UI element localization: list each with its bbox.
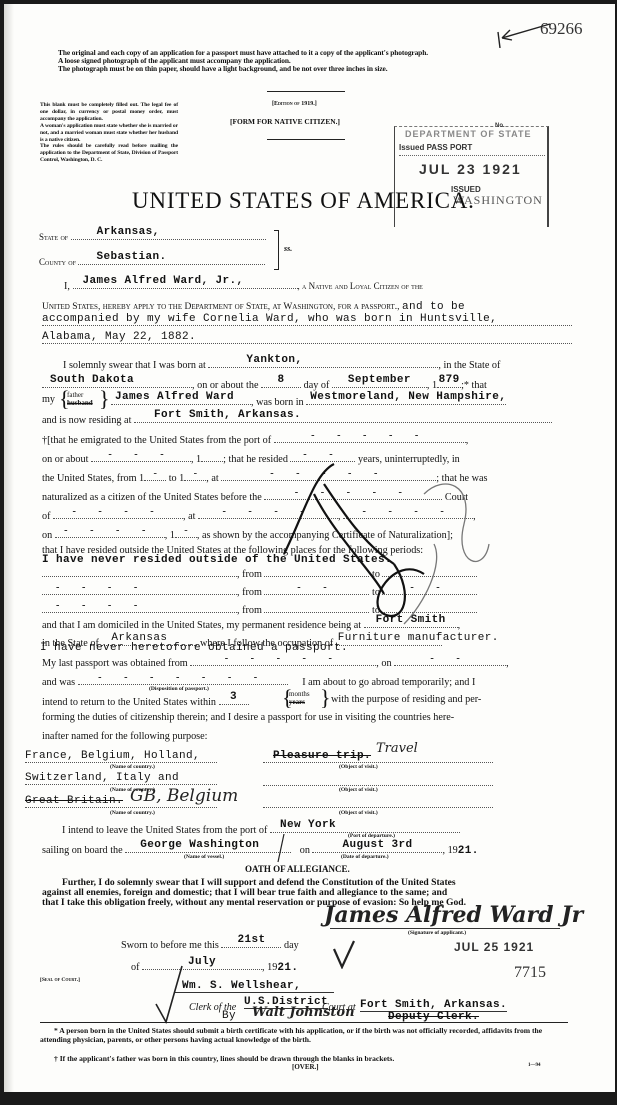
clerk-name-field[interactable]: Wm. S. Wellshear, (174, 980, 334, 993)
birth-day-field[interactable]: 8 (261, 374, 301, 386)
handwritten-annotation-belgium: GB, Belgium (130, 786, 238, 806)
applicant-signature: James Alfred Ward Jr (324, 902, 583, 928)
edition-label: [Edition of 1919.] (272, 101, 317, 107)
footnote-father-born: † If the applicant's father was born in … (54, 1054, 394, 1063)
birthplace-field[interactable]: Yankton, (208, 354, 438, 366)
oath-title: OATH OF ALLEGIANCE. (245, 864, 350, 874)
deputy-signature: Walt Johnston (252, 1005, 355, 1020)
side-note-2: A woman's application must state whether… (40, 123, 178, 144)
country-field-2[interactable]: Switzerland, Italy and (25, 772, 217, 785)
county-field[interactable]: Sebastian. (78, 251, 265, 263)
vessel-field[interactable]: George Washington (125, 839, 291, 851)
side-note-3: The rules should be carefully read befor… (40, 143, 178, 164)
visit-object-field-2[interactable] (263, 785, 493, 786)
document-title: UNITED STATES OF AMERICA. (132, 188, 475, 214)
departure-date-field[interactable]: August 3rd (312, 839, 442, 851)
issued-date: JUL 23 1921 (419, 161, 522, 177)
applicant-name-field[interactable]: James Alfred Ward, Jr., (73, 275, 298, 287)
departure-port-field[interactable]: New York (270, 819, 460, 831)
passport-application-page: 69266 The original and each copy of an a… (4, 4, 615, 1092)
venue-state: State of Arkansas, (39, 229, 266, 243)
checkmark-icon (332, 939, 362, 969)
birth-year-field[interactable]: 879 (437, 374, 461, 386)
footnote-birth-certificate: * A person born in the United States sho… (40, 1026, 570, 1044)
checkmark-icon (154, 964, 184, 1024)
birth-month-field[interactable]: September (332, 374, 427, 386)
handwritten-annotation-travel: Travel (376, 741, 418, 756)
side-note-1: This blank must be completely filled out… (40, 102, 178, 123)
visit-object-field-3[interactable] (263, 807, 493, 808)
return-duration-field[interactable]: 3 (219, 691, 249, 703)
state-field[interactable]: Arkansas, (71, 226, 266, 238)
sworn-year-field[interactable]: 21. (277, 962, 298, 974)
accompany-field-2[interactable]: Alabama, May 22, 1882. (42, 331, 572, 344)
handwritten-signature-overlay (244, 454, 494, 634)
accompany-field-1[interactable]: accompanied by my wife Cornelia Ward, wh… (42, 313, 572, 326)
received-date-stamp: JUL 25 1921 (454, 940, 534, 954)
father-residence-field[interactable]: Fort Smith, Arkansas. (134, 409, 552, 421)
sworn-day-field[interactable]: 21st (221, 934, 281, 946)
photo-instruction-3: The photograph must be on thin paper, sh… (58, 65, 387, 73)
birth-state-field[interactable]: South Dakota (42, 374, 192, 386)
father-name-field[interactable]: James Alfred Ward (111, 391, 251, 403)
seal-of-court-label: [Seal of Court.] (40, 977, 80, 983)
father-birthplace-field[interactable]: Westmoreland, New Hampshire, (306, 391, 506, 403)
arrow-annotation-icon (482, 18, 552, 48)
over-label: [OVER.] (292, 1063, 319, 1071)
departure-year-field[interactable]: 21. (458, 845, 479, 857)
country-field-1[interactable]: France, Belgium, Holland, (25, 750, 217, 763)
stamp-number: 7715 (514, 964, 546, 982)
side-notes: This blank must be completely filled out… (40, 102, 178, 164)
form-type-label: [FORM FOR NATIVE CITIZEN.] (230, 117, 340, 126)
venue-county: County of Sebastian. (39, 254, 265, 268)
form-code: 1—94 (528, 1063, 541, 1068)
